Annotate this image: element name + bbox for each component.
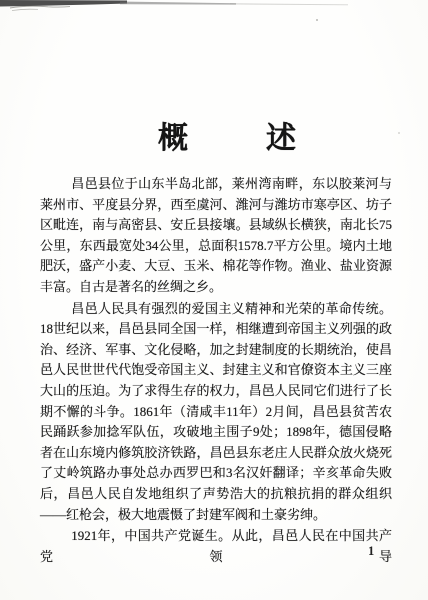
page-number: 1 [368,544,374,559]
body-paragraph: 1921年，中国共产党诞生。从此，昌邑人民在中国共产党领导 [40,526,392,567]
body-paragraph: 昌邑人民具有强烈的爱国主义精神和光荣的革命传统。18世纪以来，昌邑县同全国一样，… [40,299,392,526]
scanned-book-page: 概述 昌邑县位于山东半岛北部，莱州湾南畔，东以胶莱河与莱州市、平度县分界，西至虞… [0,0,428,600]
page-body: 昌邑县位于山东半岛北部，莱州湾南畔，东以胶莱河与莱州市、平度县分界，西至虞河、潍… [40,174,392,567]
page-title: 概述 [13,0,428,157]
page-title-text: 概述 [158,122,374,155]
body-paragraph: 昌邑县位于山东半岛北部，莱州湾南畔，东以胶莱河与莱州市、平度县分界，西至虞河、潍… [40,174,392,298]
